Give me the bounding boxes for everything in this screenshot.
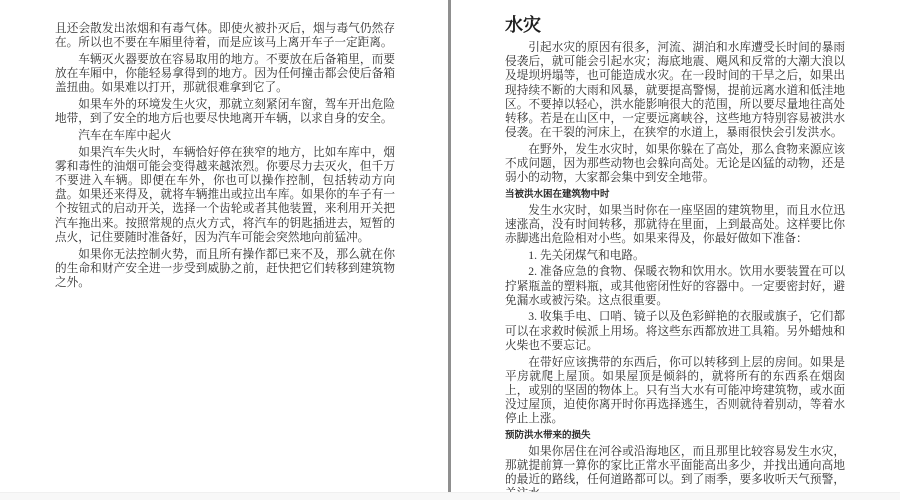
page-right: 水灾引起水灾的原因有很多，河流、湖泊和水库遭受长时间的暴雨侵袭后，就可能会引起水… xyxy=(451,0,900,500)
book-reader: 且还会散发出浓烟和有毒气体。即使火被扑灭后，烟与毒气仍然存在。所以也不要在车厢里… xyxy=(0,0,900,500)
paragraph: 引起水灾的原因有很多，河流、湖泊和水库遭受长时间的暴雨侵袭后，就可能会引起水灾；… xyxy=(505,41,845,140)
paragraph: 1. 先关闭煤气和电路。 xyxy=(505,249,845,263)
page-bottom-edge xyxy=(0,492,900,500)
page-left-content: 且还会散发出浓烟和有毒气体。即使火被扑灭后，烟与毒气仍然存在。所以也不要在车厢里… xyxy=(55,22,395,290)
section-heading: 预防洪水带来的损失 xyxy=(505,429,845,443)
paragraph: 汽车在车库中起火 xyxy=(55,129,395,143)
page-left: 且还会散发出浓烟和有毒气体。即使火被扑灭后，烟与毒气仍然存在。所以也不要在车厢里… xyxy=(0,0,448,500)
paragraph: 且还会散发出浓烟和有毒气体。即使火被扑灭后，烟与毒气仍然存在。所以也不要在车厢里… xyxy=(55,22,395,50)
paragraph: 车辆灭火器要放在容易取用的地方。不要放在后备箱里，而要放在车厢中，你能轻易拿得到… xyxy=(55,53,395,96)
paragraph: 如果你无法控制火势，而且所有操作都已来不及，那么就在你的生命和财产安全进一步受到… xyxy=(55,248,395,291)
paragraph: 如果汽车失火时，车辆恰好停在狭窄的地方，比如车库中，烟雾和毒性的油烟可能会变得越… xyxy=(55,146,395,245)
chapter-title: 水灾 xyxy=(505,14,845,36)
paragraph: 3. 收集手电、口哨、镜子以及色彩鲜艳的衣服或旗子，它们都可以在求救时候派上用场… xyxy=(505,310,845,353)
page-right-content: 水灾引起水灾的原因有很多，河流、湖泊和水库遭受长时间的暴雨侵袭后，就可能会引起水… xyxy=(505,14,845,500)
paragraph: 发生水灾时，如果当时你在一座坚固的建筑物里，而且水位迅速涨高，没有时间转移，那就… xyxy=(505,204,845,247)
section-heading: 当被洪水困在建筑物中时 xyxy=(505,188,845,202)
paragraph: 如果车外的环境发生火灾，那就立刻紧闭车窗，驾车开出危险地带，到了安全的地方后也要… xyxy=(55,98,395,126)
paragraph: 在带好应该携带的东西后，你可以转移到上层的房间。如果是平房就爬上屋顶。如果屋顶是… xyxy=(505,356,845,427)
paragraph: 在野外，发生水灾时，如果你躲在了高处，那么食物来源应该不成问题，因为那些动物也会… xyxy=(505,143,845,186)
paragraph: 2. 准备应急的食物、保暖衣物和饮用水。饮用水要装置在可以拧紧瓶盖的塑料瓶，或其… xyxy=(505,265,845,308)
